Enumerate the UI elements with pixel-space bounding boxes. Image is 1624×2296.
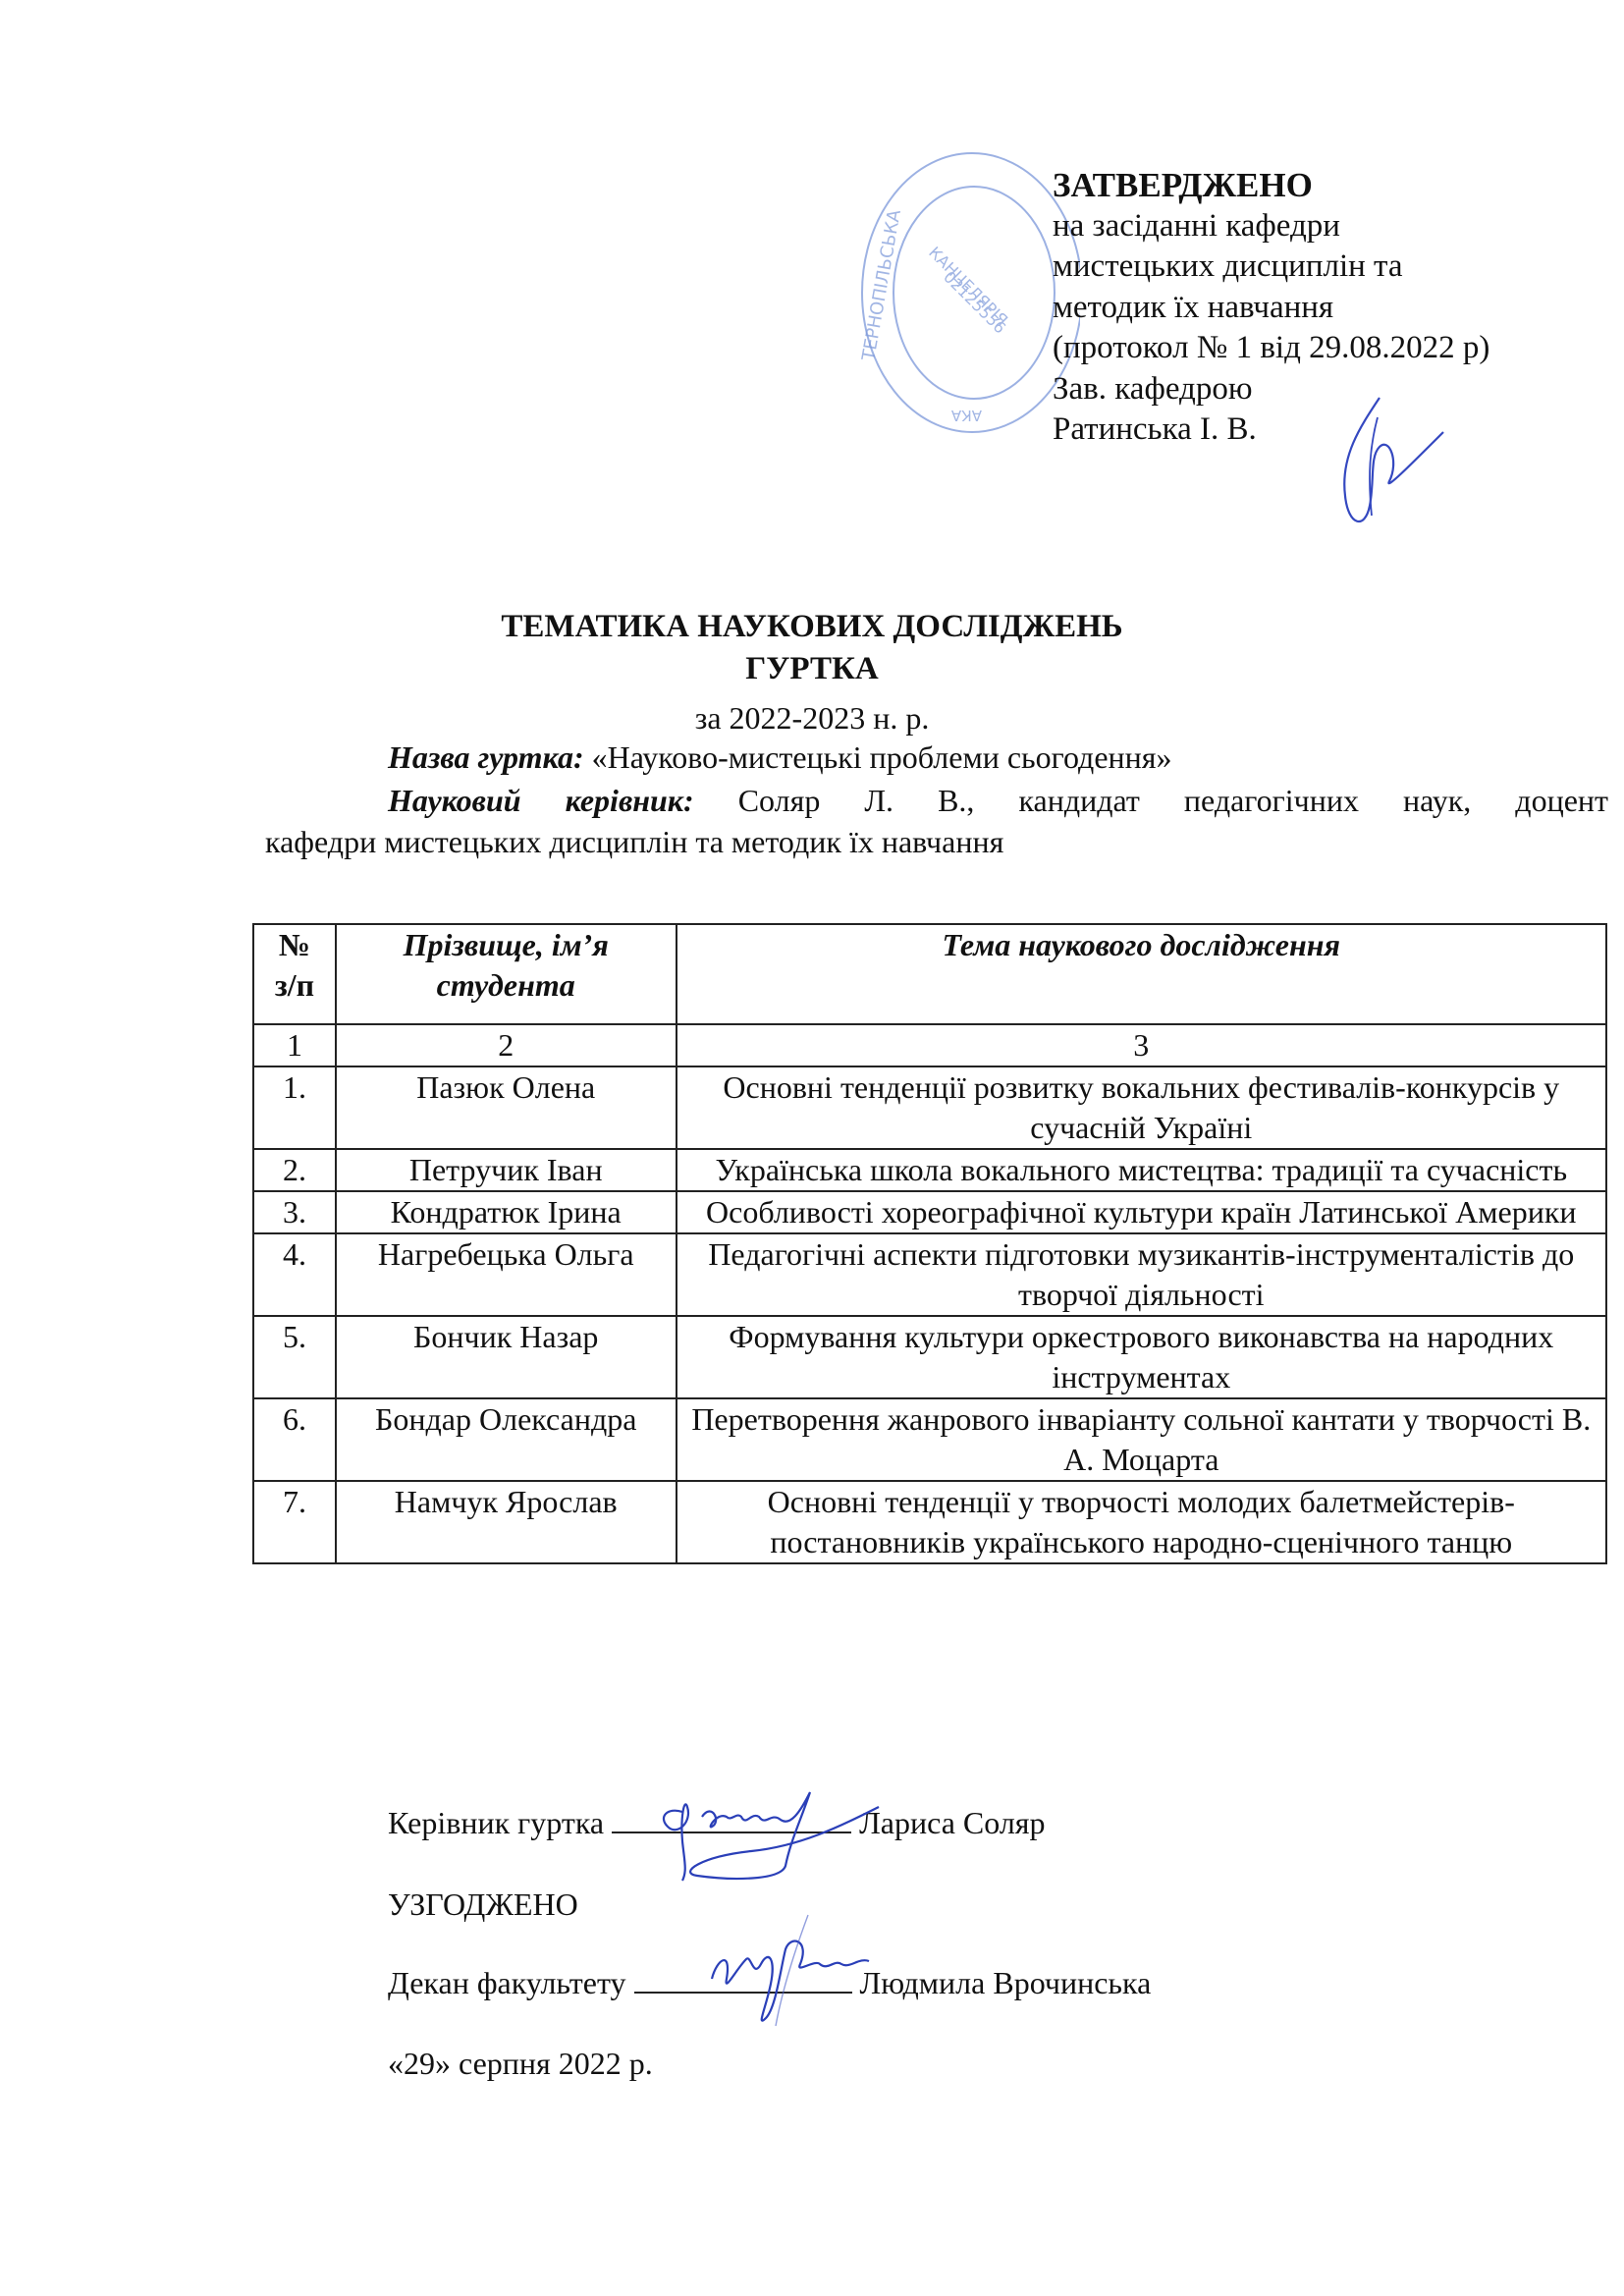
table-row: 3.Кондратюк ІринаОсобливості хореографіч… bbox=[253, 1191, 1606, 1233]
student-name: Нагребецька Ольга bbox=[336, 1233, 677, 1316]
table-row: 7.Намчук ЯрославОсновні тенденції у твор… bbox=[253, 1481, 1606, 1563]
approval-heading: ЗАТВЕРДЖЕНО bbox=[1053, 165, 1489, 206]
table-row: 6.Бондар ОлександраПеретворення жанровог… bbox=[253, 1398, 1606, 1481]
dean-name: Людмила Врочинська bbox=[860, 1965, 1152, 2000]
leader-label: Керівник гуртка bbox=[388, 1805, 604, 1840]
svg-text:ТЕРНОПІЛЬСЬКА: ТЕРНОПІЛЬСЬКА bbox=[858, 207, 905, 363]
research-topic: Педагогічні аспекти підготовки музиканті… bbox=[677, 1233, 1606, 1316]
header-number-line2: з/п bbox=[258, 965, 331, 1006]
student-name: Петручик Іван bbox=[336, 1149, 677, 1191]
academic-year: за 2022-2023 н. р. bbox=[0, 700, 1624, 737]
student-name: Пазюк Олена bbox=[336, 1066, 677, 1149]
document-title: ТЕМАТИКА НАУКОВИХ ДОСЛІДЖЕНЬ bbox=[0, 609, 1624, 645]
research-topic: Основні тенденції розвитку вокальних фес… bbox=[677, 1066, 1606, 1149]
supervisor-value: Соляр Л. В., кандидат педагогічних наук,… bbox=[694, 783, 1608, 818]
research-topic: Основні тенденції у творчості молодих ба… bbox=[677, 1481, 1606, 1563]
row-number: 2. bbox=[253, 1149, 336, 1191]
row-number: 7. bbox=[253, 1481, 336, 1563]
signing-date: «29» серпня 2022 р. bbox=[388, 2043, 653, 2084]
svg-text:АКА: АКА bbox=[950, 407, 982, 424]
table-row: 1.Пазюк ОленаОсновні тенденції розвитку … bbox=[253, 1066, 1606, 1149]
student-name: Бончик Назар bbox=[336, 1316, 677, 1398]
club-name-value: «Науково-мистецькі проблеми сьогодення» bbox=[584, 739, 1172, 775]
header-student: Прізвище, ім’я студента bbox=[336, 924, 677, 1024]
research-topic: Українська школа вокального мистецтва: т… bbox=[677, 1149, 1606, 1191]
row-number: 6. bbox=[253, 1398, 336, 1481]
research-topic: Формування культури оркестрового виконав… bbox=[677, 1316, 1606, 1398]
dean-label: Декан факультету bbox=[388, 1965, 626, 2000]
signature-icon bbox=[1321, 388, 1448, 535]
column-number: 2 bbox=[336, 1024, 677, 1066]
table-row: 2.Петручик ІванУкраїнська школа вокально… bbox=[253, 1149, 1606, 1191]
signature-icon bbox=[643, 1782, 889, 1886]
svg-text:02125556: 02125556 bbox=[940, 267, 1009, 337]
supervisor-label: Науковий керівник: bbox=[388, 783, 694, 818]
column-numbering-row: 1 2 3 bbox=[253, 1024, 1606, 1066]
table-header-row: № з/п Прізвище, ім’я студента Тема науко… bbox=[253, 924, 1606, 1024]
table-row: 5.Бончик НазарФормування культури оркест… bbox=[253, 1316, 1606, 1398]
student-name: Кондратюк Ірина bbox=[336, 1191, 677, 1233]
supervisor: Науковий керівник: Соляр Л. В., кандидат… bbox=[388, 780, 1608, 821]
club-name: Назва гуртка: «Науково-мистецькі проблем… bbox=[388, 737, 1171, 778]
approval-line: мистецьких дисциплін та bbox=[1053, 246, 1489, 288]
row-number: 5. bbox=[253, 1316, 336, 1398]
research-topic: Особливості хореографічної культури краї… bbox=[677, 1191, 1606, 1233]
header-number-line1: № bbox=[258, 925, 331, 965]
column-number: 1 bbox=[253, 1024, 336, 1066]
club-name-label: Назва гуртка: bbox=[388, 739, 584, 775]
document-title-line2: ГУРТКА bbox=[0, 651, 1624, 687]
supervisor-cont: кафедри мистецьких дисциплін та методик … bbox=[265, 821, 1003, 862]
research-topics-table: № з/п Прізвище, ім’я студента Тема науко… bbox=[252, 923, 1607, 1564]
row-number: 4. bbox=[253, 1233, 336, 1316]
research-topic: Перетворення жанрового інваріанту сольно… bbox=[677, 1398, 1606, 1481]
student-name: Намчук Ярослав bbox=[336, 1481, 677, 1563]
approval-line: на засіданні кафедри bbox=[1053, 206, 1489, 247]
official-stamp-icon: ТЕРНОПІЛЬСЬКА КАНЦЕЛЯРІЯ 02125556 АКА bbox=[854, 145, 1080, 440]
table-row: 4.Нагребецька ОльгаПедагогічні аспекти п… bbox=[253, 1233, 1606, 1316]
header-number: № з/п bbox=[253, 924, 336, 1024]
approval-protocol: (протокол № 1 від 29.08.2022 р) bbox=[1053, 328, 1489, 369]
column-number: 3 bbox=[677, 1024, 1606, 1066]
signature-icon bbox=[692, 1910, 889, 2033]
approval-line: методик їх навчання bbox=[1053, 288, 1489, 329]
row-number: 3. bbox=[253, 1191, 336, 1233]
row-number: 1. bbox=[253, 1066, 336, 1149]
student-name: Бондар Олександра bbox=[336, 1398, 677, 1481]
agreed-label: УЗГОДЖЕНО bbox=[388, 1884, 578, 1925]
header-topic: Тема наукового дослідження bbox=[677, 924, 1606, 1024]
